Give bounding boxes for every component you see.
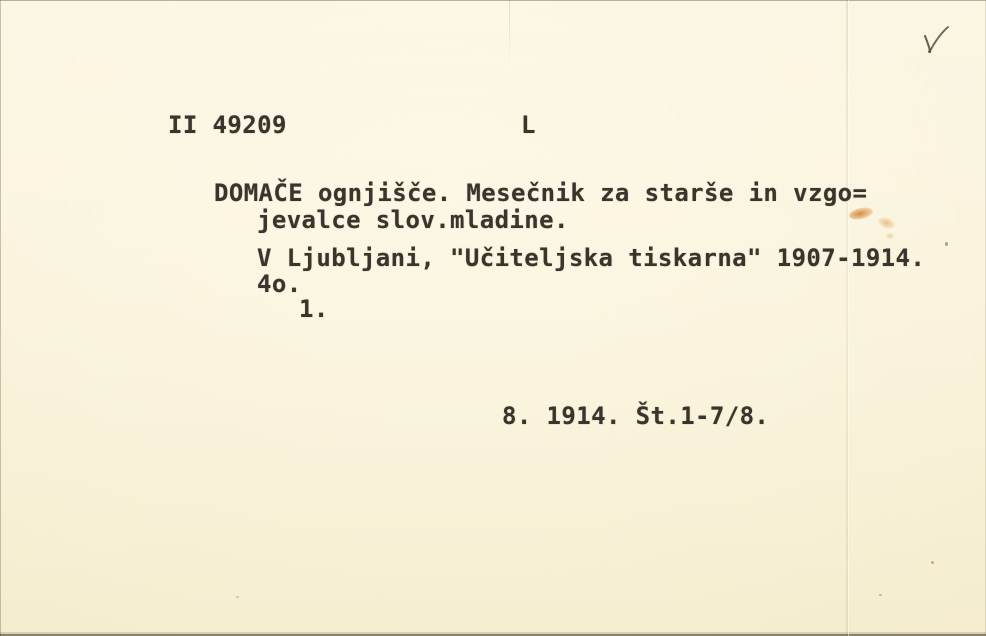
paper-speck	[931, 561, 934, 564]
scan-edge-top	[0, 0, 986, 1]
stain-mark	[877, 215, 896, 230]
checkmark-icon	[920, 25, 952, 59]
scan-edge-left	[0, 0, 1, 636]
imprint-line: V Ljubljani, "Učiteljska tiskarna" 1907-…	[257, 245, 925, 271]
paper-speck	[945, 242, 948, 246]
call-number: II 49209	[168, 112, 287, 138]
holdings-line: 8. 1914. Št.1-7/8.	[502, 403, 769, 429]
section-letter: L	[521, 112, 536, 138]
title-line-1: DOMAČE ognjišče. Mesečnik za starše in v…	[214, 180, 867, 206]
vertical-crease	[846, 0, 848, 636]
paper-speck	[879, 594, 882, 596]
stain-mark	[886, 233, 894, 239]
title-line-2: jevalce slov.mladine.	[257, 207, 569, 233]
volume-line: 1.	[299, 296, 329, 322]
stain-mark	[848, 206, 874, 222]
paper-speck	[236, 596, 239, 598]
top-crease	[509, 0, 510, 70]
format-line: 4o.	[257, 271, 302, 297]
scan-edge-bottom-shadow	[0, 632, 986, 634]
catalog-card: II 49209 L DOMAČE ognjišče. Mesečnik za …	[0, 0, 986, 636]
